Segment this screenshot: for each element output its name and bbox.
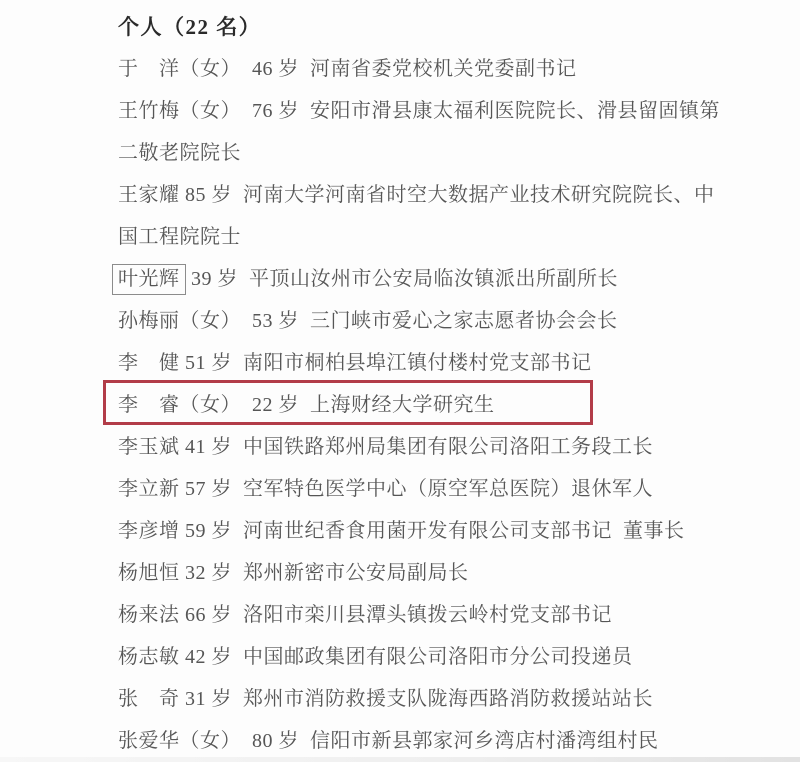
entry-row: 国工程院院士 [118, 216, 778, 258]
entry-row: 王家耀 85 岁 河南大学河南省时空大数据产业技术研究院院长、中 [118, 174, 778, 216]
entry-row: 王竹梅（女） 76 岁 安阳市滑县康太福利医院院长、滑县留固镇第 [118, 90, 778, 132]
scan-edge-shadow [0, 757, 800, 762]
document-page: 个人（22 名） 于 洋（女） 46 岁 河南省委党校机关党委副书记王竹梅（女）… [118, 0, 778, 762]
entry-row: 叶光辉 39 岁 平顶山汝州市公安局临汝镇派出所副所长 [118, 258, 778, 300]
entry-text: 李立新 57 岁 空军特色医学中心（原空军总医院）退休军人 [118, 478, 653, 500]
entry-text: 于 洋（女） 46 岁 河南省委党校机关党委副书记 [118, 58, 577, 80]
entry-text: 李彦增 59 岁 河南世纪香食用菌开发有限公司支部书记 董事长 [118, 520, 685, 542]
entry-row-highlighted: 李 睿（女） 22 岁 上海财经大学研究生 [118, 384, 778, 426]
entry-text: 杨来法 66 岁 洛阳市栾川县潭头镇拨云岭村党支部书记 [118, 604, 612, 626]
entry-row: 张爱华（女） 80 岁 信阳市新县郭家河乡湾店村潘湾组村民 [118, 720, 778, 762]
entry-text: 李 健 51 岁 南阳市桐柏县埠江镇付楼村党支部书记 [118, 352, 592, 374]
entry-text: 李 睿（女） 22 岁 上海财经大学研究生 [118, 394, 495, 416]
entry-text: 杨志敏 42 岁 中国邮政集团有限公司洛阳市分公司投递员 [118, 646, 633, 668]
entries-list: 于 洋（女） 46 岁 河南省委党校机关党委副书记王竹梅（女） 76 岁 安阳市… [118, 48, 778, 762]
entry-row: 孙梅丽（女） 53 岁 三门峡市爱心之家志愿者协会会长 [118, 300, 778, 342]
entry-row: 杨旭恒 32 岁 郑州新密市公安局副局长 [118, 552, 778, 594]
entry-row: 李 健 51 岁 南阳市桐柏县埠江镇付楼村党支部书记 [118, 342, 778, 384]
boxed-name: 叶光辉 [112, 264, 186, 295]
entry-row: 杨志敏 42 岁 中国邮政集团有限公司洛阳市分公司投递员 [118, 636, 778, 678]
entry-row: 李彦增 59 岁 河南世纪香食用菌开发有限公司支部书记 董事长 [118, 510, 778, 552]
entry-row: 李立新 57 岁 空军特色医学中心（原空军总医院）退休军人 [118, 468, 778, 510]
entry-text: 张 奇 31 岁 郑州市消防救援支队陇海西路消防救援站站长 [118, 688, 653, 710]
entry-text: 李玉斌 41 岁 中国铁路郑州局集团有限公司洛阳工务段工长 [118, 436, 653, 458]
entry-text: 二敬老院院长 [118, 142, 241, 164]
section-title: 个人（22 名） [118, 6, 778, 48]
entry-text: 王家耀 85 岁 河南大学河南省时空大数据产业技术研究院院长、中 [118, 184, 715, 206]
entry-row: 于 洋（女） 46 岁 河南省委党校机关党委副书记 [118, 48, 778, 90]
entry-row: 张 奇 31 岁 郑州市消防救援支队陇海西路消防救援站站长 [118, 678, 778, 720]
entry-text: 孙梅丽（女） 53 岁 三门峡市爱心之家志愿者协会会长 [118, 310, 618, 332]
entry-text: 国工程院院士 [118, 226, 241, 248]
entry-text: 杨旭恒 32 岁 郑州新密市公安局副局长 [118, 562, 469, 584]
entry-text: 张爱华（女） 80 岁 信阳市新县郭家河乡湾店村潘湾组村民 [118, 730, 659, 752]
entry-row: 杨来法 66 岁 洛阳市栾川县潭头镇拨云岭村党支部书记 [118, 594, 778, 636]
entry-row: 二敬老院院长 [118, 132, 778, 174]
entry-row: 李玉斌 41 岁 中国铁路郑州局集团有限公司洛阳工务段工长 [118, 426, 778, 468]
entry-text: 39 岁 平顶山汝州市公安局临汝镇派出所副所长 [186, 268, 619, 290]
entry-text: 王竹梅（女） 76 岁 安阳市滑县康太福利医院院长、滑县留固镇第 [118, 100, 720, 122]
